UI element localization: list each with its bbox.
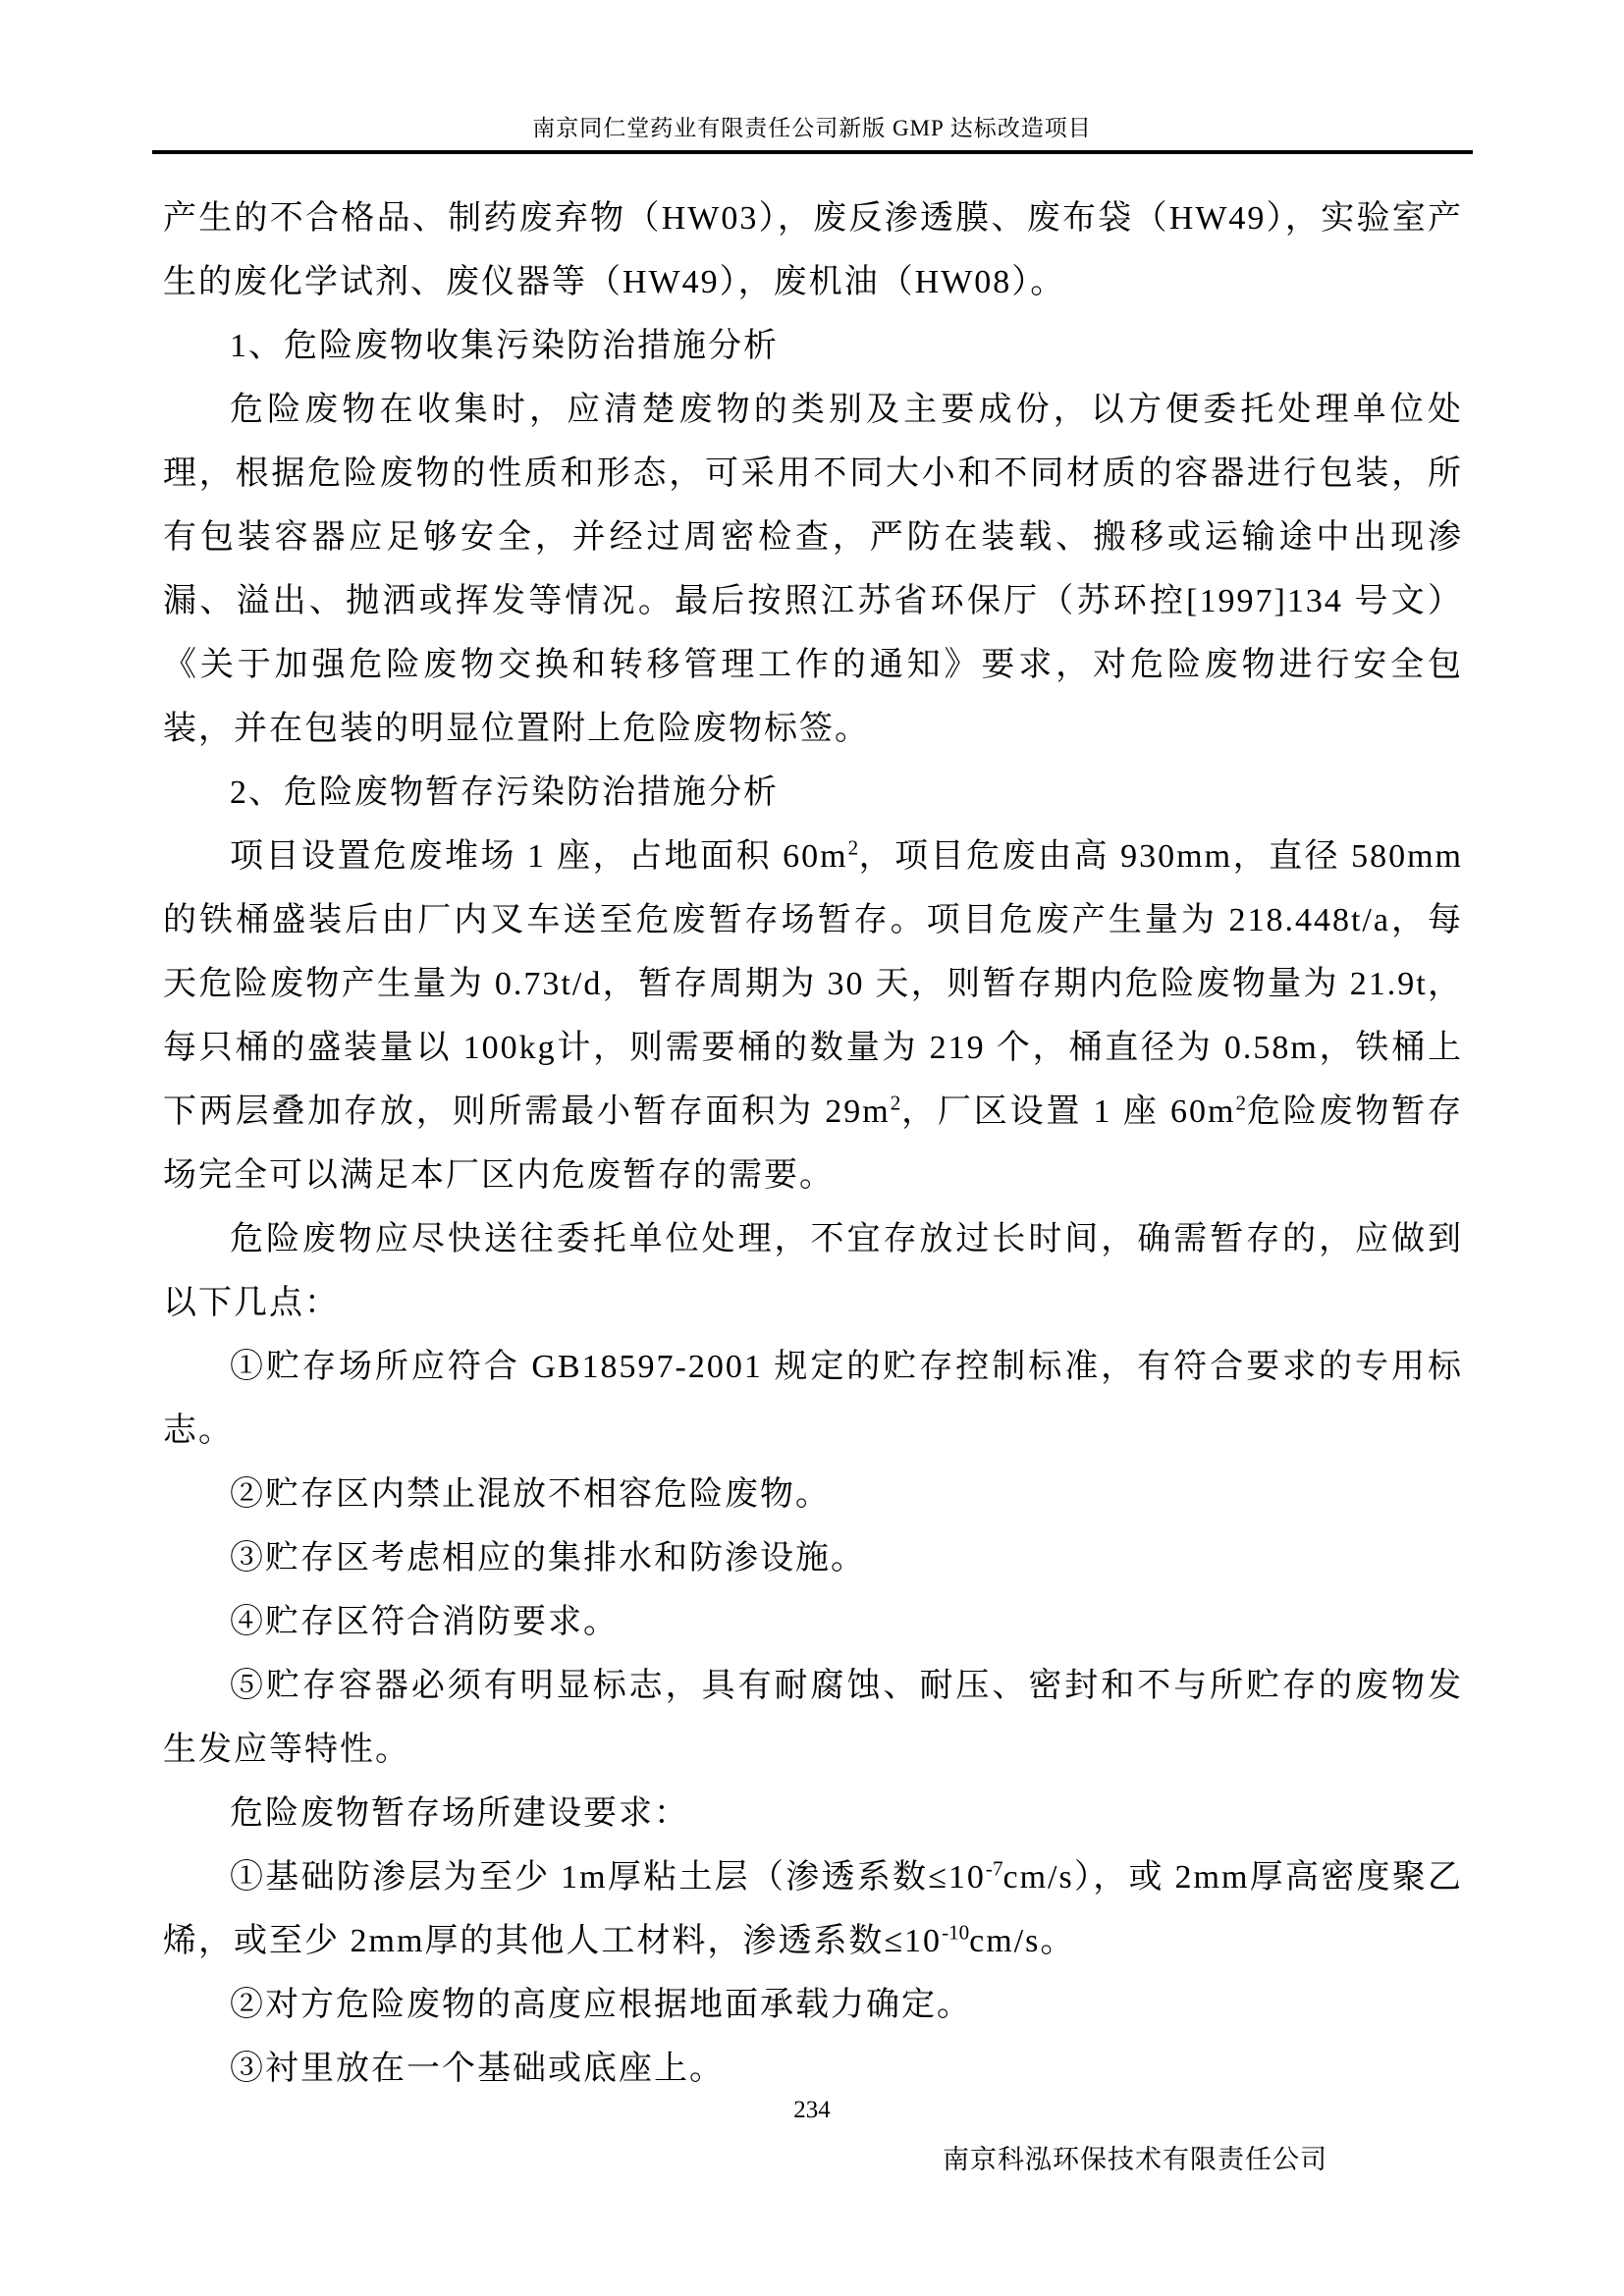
list-item-storage-2: ②贮存区内禁止混放不相容危险废物。 bbox=[163, 1463, 1463, 1526]
footer-company-name: 南京科泓环保技术有限责任公司 bbox=[0, 2138, 1327, 2176]
list-item-storage-1: ①贮存场所应符合 GB18597-2001 规定的贮存控制标准，有符合要求的专用… bbox=[163, 1335, 1463, 1463]
list-item-storage-4: ④贮存区符合消防要求。 bbox=[163, 1590, 1463, 1654]
page-number: 234 bbox=[0, 2097, 1624, 2124]
requirement-item-3: ③衬里放在一个基础或底座上。 bbox=[163, 2037, 1463, 2101]
document-page: 南京同仁堂药业有限责任公司新版 GMP 达标改造项目 产生的不合格品、制药废弃物… bbox=[0, 0, 1624, 2296]
requirement-item-1: ①基础防渗层为至少 1m厚粘土层（渗透系数≤10-7cm/s），或 2mm厚高密… bbox=[163, 1845, 1463, 1973]
superscript: 2 bbox=[848, 836, 859, 860]
text-run: ①基础防渗层为至少 1m厚粘土层（渗透系数≤10 bbox=[230, 1859, 986, 1896]
paragraph-waste-intro: 产生的不合格品、制药废弃物（HW03），废反渗透膜、废布袋（HW49），实验室产… bbox=[163, 187, 1463, 314]
paragraph-storage-analysis: 项目设置危废堆场 1 座，占地面积 60m2，项目危废由高 930mm，直径 5… bbox=[163, 825, 1463, 1207]
superscript: 2 bbox=[891, 1092, 901, 1115]
header-divider-rule bbox=[152, 150, 1473, 154]
text-run: ，项目危废由高 930mm，直径 580mm的铁桶盛装后由厂内叉车送至危废暂存场… bbox=[163, 838, 1463, 1130]
paragraph-dispatch-note: 危险废物应尽快送往委托单位处理，不宜存放过长时间，确需暂存的，应做到以下几点： bbox=[163, 1207, 1463, 1335]
section-heading-1: 1、危险废物收集污染防治措施分析 bbox=[163, 314, 1463, 378]
paragraph-collection-measures: 危险废物在收集时，应清楚废物的类别及主要成份，以方便委托处理单位处理，根据危险废… bbox=[163, 378, 1463, 761]
list-item-storage-5: ⑤贮存容器必须有明显标志，具有耐腐蚀、耐压、密封和不与所贮存的废物发生发应等特性… bbox=[163, 1654, 1463, 1782]
section-heading-2: 2、危险废物暂存污染防治措施分析 bbox=[163, 761, 1463, 825]
page-header-title: 南京同仁堂药业有限责任公司新版 GMP 达标改造项目 bbox=[155, 110, 1469, 142]
text-run: cm/s。 bbox=[969, 1923, 1075, 1959]
text-run: 项目设置危废堆场 1 座，占地面积 60m bbox=[230, 838, 848, 875]
list-item-storage-3: ③贮存区考虑相应的集排水和防渗设施。 bbox=[163, 1526, 1463, 1590]
superscript: -10 bbox=[942, 1921, 969, 1945]
requirements-heading: 危险废物暂存场所建设要求： bbox=[163, 1782, 1463, 1845]
superscript: 2 bbox=[1235, 1092, 1246, 1115]
superscript: -7 bbox=[986, 1857, 1003, 1881]
text-run: ，厂区设置 1 座 60m bbox=[900, 1094, 1235, 1130]
requirement-item-2: ②对方危险废物的高度应根据地面承载力确定。 bbox=[163, 1973, 1463, 2037]
document-body: 产生的不合格品、制药废弃物（HW03），废反渗透膜、废布袋（HW49），实验室产… bbox=[163, 187, 1463, 2101]
